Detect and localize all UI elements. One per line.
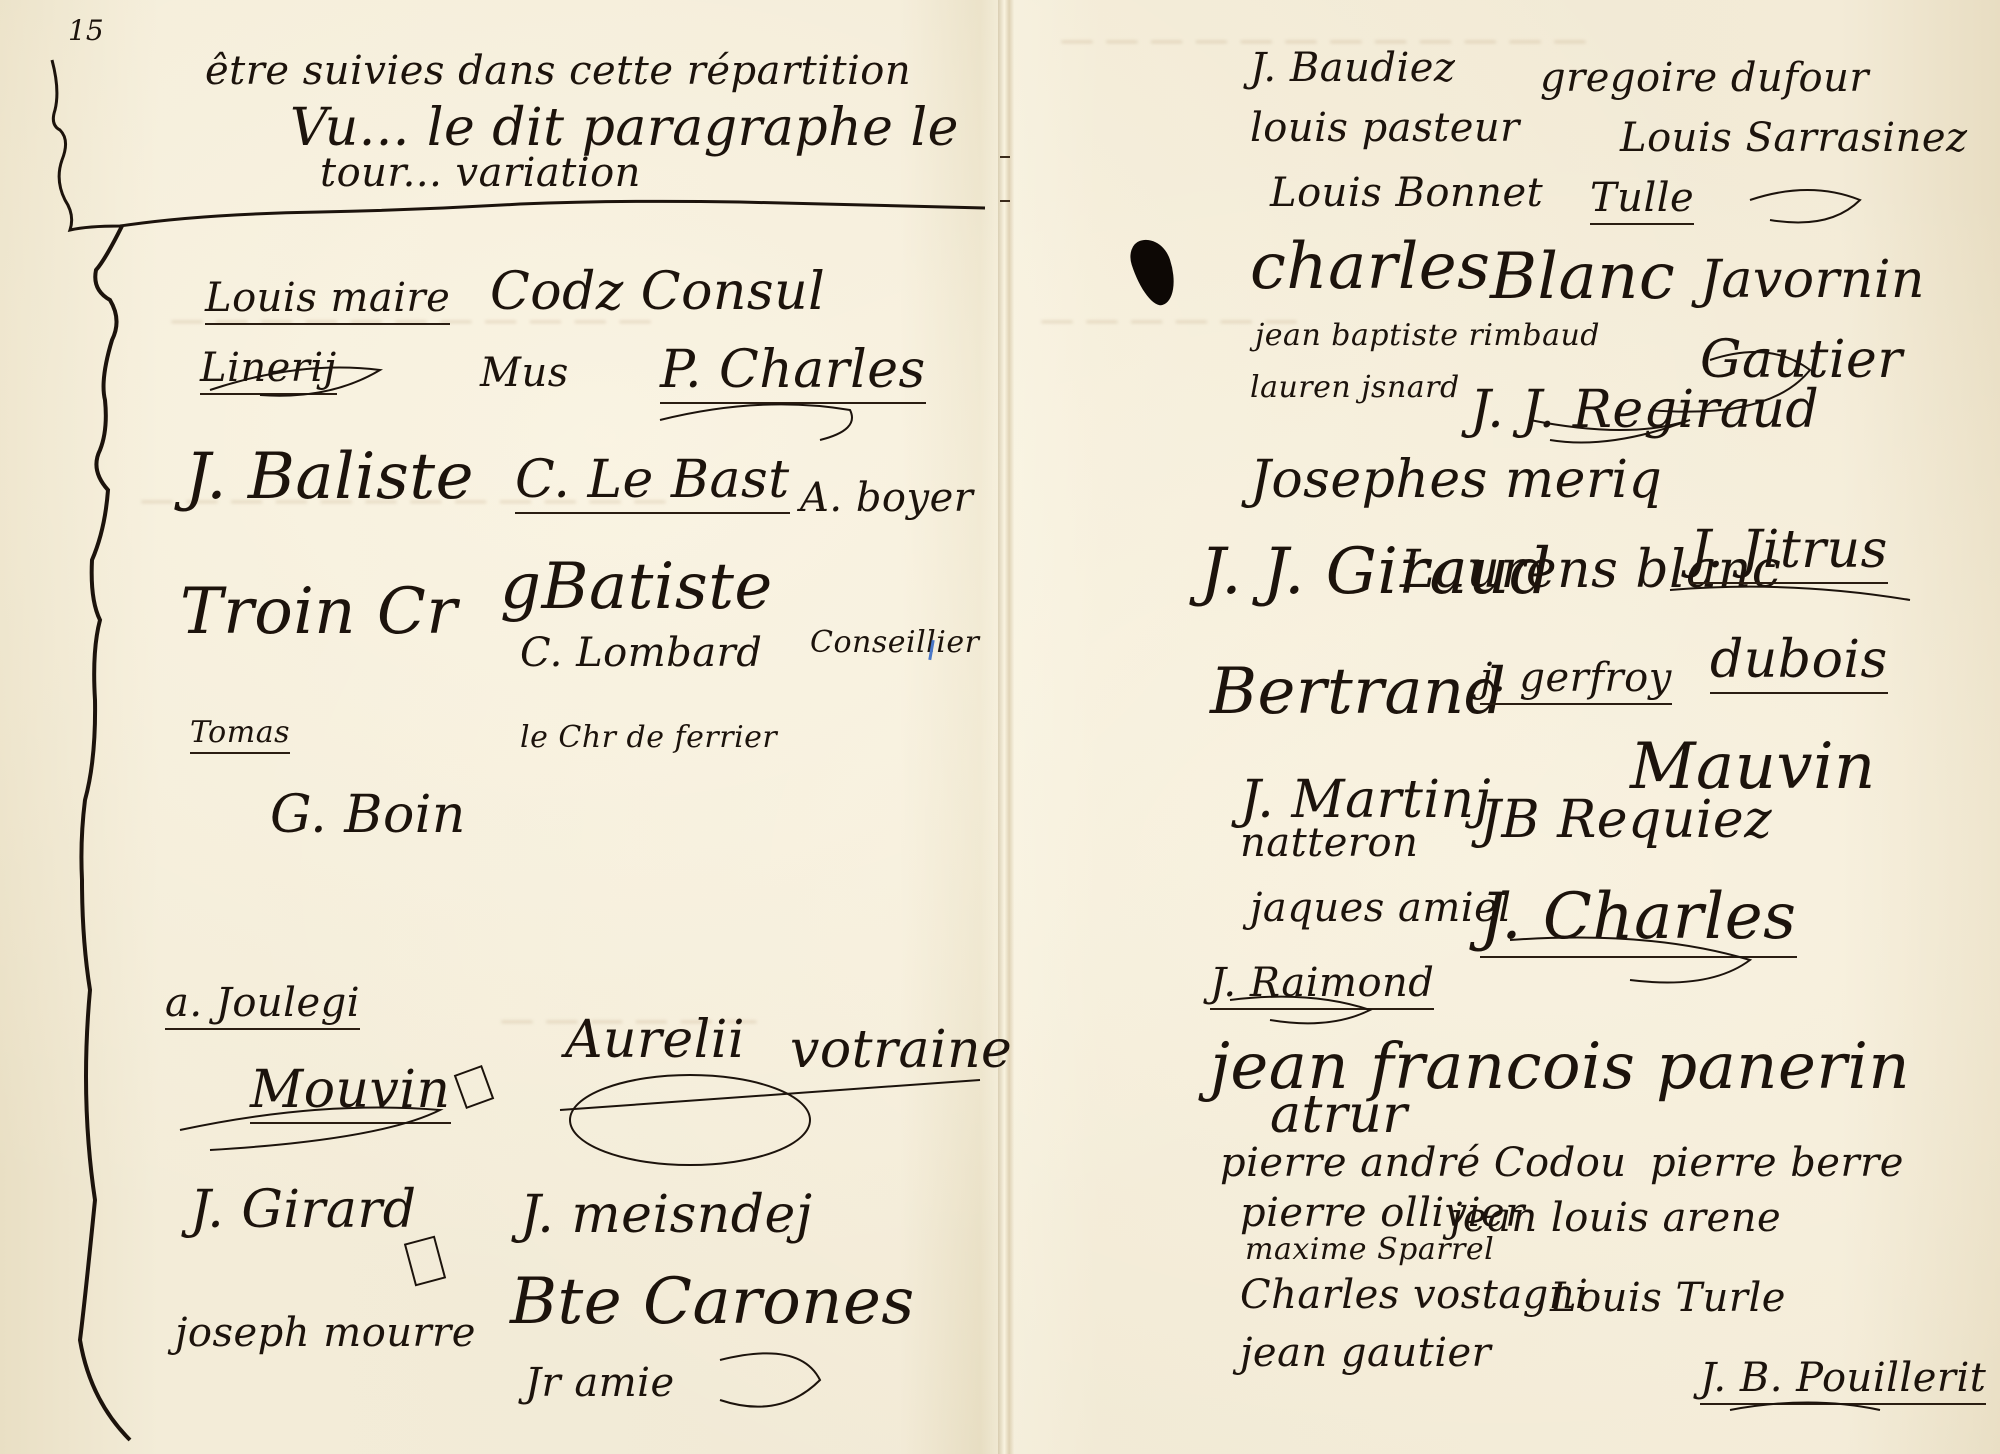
signature: atrur [1270, 1085, 1408, 1145]
signature: Bertrand [1210, 655, 1506, 729]
signature: lauren jsnard [1250, 370, 1460, 405]
signature: Blanc [1490, 240, 1675, 314]
signature: charles [1250, 230, 1491, 304]
left-page: 15 être suivies dans cette répartition V… [0, 0, 1005, 1454]
signature: Mauvin [1630, 730, 1876, 804]
header-line-1: être suivies dans cette répartition [205, 48, 911, 94]
signature: A. boyer [800, 475, 973, 521]
signature: Tulle [1590, 175, 1694, 225]
signature: Bte Carones [510, 1265, 915, 1339]
signature: G. Boin [270, 785, 466, 845]
signature: a. Joulegi [165, 980, 360, 1030]
signature: gregoire dufour [1540, 55, 1869, 101]
signature: J. Jitrus [1690, 520, 1888, 584]
signature: Javornin [1700, 250, 1925, 310]
signature: Troin Cr [180, 575, 457, 649]
signature: J. B. Pouillerit [1700, 1355, 1986, 1405]
manuscript-spread: — — — — — — — — — — — — — — — — — — — — … [0, 0, 2000, 1454]
signature: j. gerfroy [1480, 655, 1672, 705]
signature: J. Charles [1480, 880, 1797, 958]
header-line-3: tour... variation [320, 150, 641, 196]
signature: Louis Sarrasinez [1620, 115, 1968, 161]
signature: J. meisndej [520, 1185, 812, 1245]
signature: Aurelii [565, 1010, 745, 1070]
signature: Tomas [190, 715, 290, 754]
signature: Mouvin [250, 1060, 451, 1124]
signature: jean baptiste rimbaud [1255, 318, 1600, 353]
signature: le Chr de ferrier [520, 720, 777, 755]
signature: Codz Consul [490, 262, 825, 322]
signature: C. Le Bast [515, 450, 790, 514]
signature: Conseillier [810, 625, 979, 660]
signature: pierre berre [1650, 1140, 1904, 1186]
signature: Mus [480, 350, 569, 396]
signature: J. Girard [190, 1180, 417, 1240]
signature: louis pasteur [1250, 105, 1520, 151]
signature: dubois [1710, 630, 1888, 694]
signature: Louis Turle [1550, 1275, 1786, 1321]
signature: natteron [1240, 820, 1418, 866]
signature: maxime Sparrel [1245, 1232, 1494, 1267]
signature: C. Lombard [520, 630, 762, 676]
signature: Louis maire [205, 275, 450, 325]
signature: Jr amie [525, 1360, 675, 1406]
signature: P. Charles [660, 340, 926, 404]
page-number: 15 [68, 14, 104, 47]
signature: jean gautier [1240, 1330, 1491, 1376]
signature: gBatiste [500, 550, 773, 624]
signature: jaques amiel [1250, 885, 1512, 931]
signature: Louis Bonnet [1270, 170, 1543, 216]
signature: Charles vostagni [1240, 1272, 1588, 1318]
signature: pierre andré Codou [1220, 1140, 1627, 1186]
right-page: J. Baudiez gregoire dufour louis pasteur… [1010, 0, 2000, 1454]
signature: J. Baudiez [1250, 45, 1456, 91]
signature: jean louis arene [1450, 1195, 1781, 1241]
signature: Linerij [200, 345, 337, 395]
signature-flourishes [0, 0, 1005, 1454]
signature: J. Baliste [185, 440, 474, 514]
signature: Josephes meriq [1250, 450, 1662, 510]
margin-brace-line [0, 0, 1005, 1454]
signature: J. Raimond [1210, 960, 1434, 1010]
signature: joseph mourre [175, 1310, 476, 1356]
signature: J. J. Regiraud [1470, 380, 1819, 440]
header-line-2: Vu... le dit paragraphe le [290, 98, 959, 158]
signature: votraine [790, 1020, 1012, 1080]
